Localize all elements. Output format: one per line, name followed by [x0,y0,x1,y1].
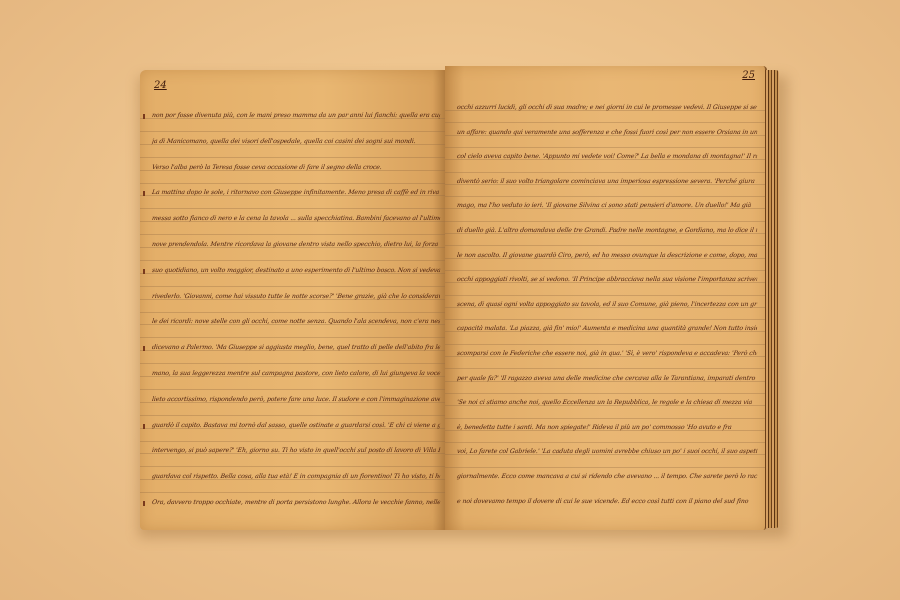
ruled-line [140,337,445,338]
ruled-line [445,172,765,173]
ruled-line [445,418,765,419]
margin-mark [143,346,145,351]
page-edges [765,70,779,528]
ruled-line [445,295,765,296]
left-page: 24 non por fosse divenuta più, con le ma… [140,70,445,530]
handwritten-line: intervengo, si può sapere?' 'Eh, giorno … [152,447,441,454]
handwritten-line: scena, di quasi ogni volta appoggiato su… [457,301,758,308]
handwritten-line: giornalmente. Ecco come mancava a cui si… [457,473,758,480]
margin-mark [143,191,145,196]
ruled-line [445,467,765,468]
handwritten-line: messa sotto fianco di nero e la cena la … [152,215,441,222]
handwritten-line: guardava col rispetto. Bella cosa, alla … [152,473,441,480]
handwritten-line: voi, Lo farete col Gabriele.' 'La caduta… [457,448,758,455]
handwritten-line: occhi azzurri lucidi, gli occhi di sua m… [457,104,758,111]
right-page: 25 occhi azzurri lucidi, gli occhi di su… [445,66,767,530]
margin-mark [143,114,145,119]
ruled-line [445,196,765,197]
ruled-line [445,344,765,345]
ruled-line [140,389,445,390]
handwritten-line: scomparsi con le Federiche che essere no… [457,350,758,357]
ruled-line [140,415,445,416]
ruled-line [445,442,765,443]
handwritten-line: capacità malata. 'La piazza, già fin' mi… [457,325,758,332]
handwritten-line: lieto accortissimo, rispondendo però, po… [152,396,441,403]
handwritten-line: 'Se noi ci stiamo anche noi, quello Ecce… [457,399,758,406]
ruled-line [140,157,445,158]
handwritten-line: mano, la sua leggerezza mentre sul campa… [152,370,441,377]
handwritten-line: occhi appoggiati rivolti, se si vedono. … [457,276,758,283]
ruled-line [445,368,765,369]
ruled-line [445,270,765,271]
handwritten-line: per quale fa?' 'Il ragazzo aveva una del… [457,375,758,382]
left-page-number: 24 [154,80,167,91]
handwritten-line: di duello già. L'altro domandava delle t… [457,227,758,234]
handwritten-line: Ora, davvero troppo occhiate, mentre di … [152,499,441,506]
margin-mark [143,424,145,429]
ruled-line [140,312,445,313]
ruled-line [445,245,765,246]
ruled-line [140,208,445,209]
ruled-line [140,466,445,467]
ruled-line [140,131,445,132]
handwritten-line: guardò il capito. Bastava mi tornò dal s… [152,422,441,429]
right-page-number: 25 [742,70,755,81]
ruled-line [140,441,445,442]
margin-mark [143,269,145,274]
handwritten-line: non por fosse divenuta più, con le mani … [152,112,441,119]
handwritten-line: col cielo aveva capito bene. 'Appunto mi… [457,153,758,160]
handwritten-line: mago, ma l'ho veduto io ieri. 'Il giovan… [457,202,758,209]
handwritten-line: diventò serio: il suo volto triangolare … [457,178,758,185]
ruled-line [445,221,765,222]
handwritten-line: è, benedetta tutte i santi. Ma non spieg… [457,424,758,431]
ruled-line [445,122,765,123]
ruled-line [140,260,445,261]
margin-mark [143,501,145,506]
ruled-line [445,393,765,394]
handwritten-line: Verso l'alba però la Teresa fosse ceva o… [152,164,441,171]
handwritten-line: le non ascolto. Il giovane guardò Ciro, … [457,252,758,259]
ruled-line [140,286,445,287]
ruled-line [445,319,765,320]
ruled-line [140,363,445,364]
handwritten-line: dicevano a Palermo. 'Ma Giuseppe si aggi… [152,344,441,351]
handwritten-line: La mattina dopo le sole, i ritornavo con… [152,189,441,196]
handwritten-line: e noi dovevamo tempo il dovere di cui le… [457,498,758,505]
ruled-line [445,147,765,148]
handwritten-line: ja di Manicomano, quella dei visori dell… [152,138,441,145]
handwritten-line: nove prendendola. Mentre ricordava la gi… [152,241,441,248]
ruled-line [140,183,445,184]
handwritten-line: suo quotidiano, un volto maggior, destin… [152,267,441,274]
ruled-line [140,234,445,235]
handwritten-line: un affare: quando qui veramente una soff… [457,129,758,136]
handwritten-line: le dei ricordi: nove stelle con gli occh… [152,318,441,325]
handwritten-line: rivederlo. 'Giovanni, come hai vissuto t… [152,293,441,300]
ruled-line [140,492,445,493]
